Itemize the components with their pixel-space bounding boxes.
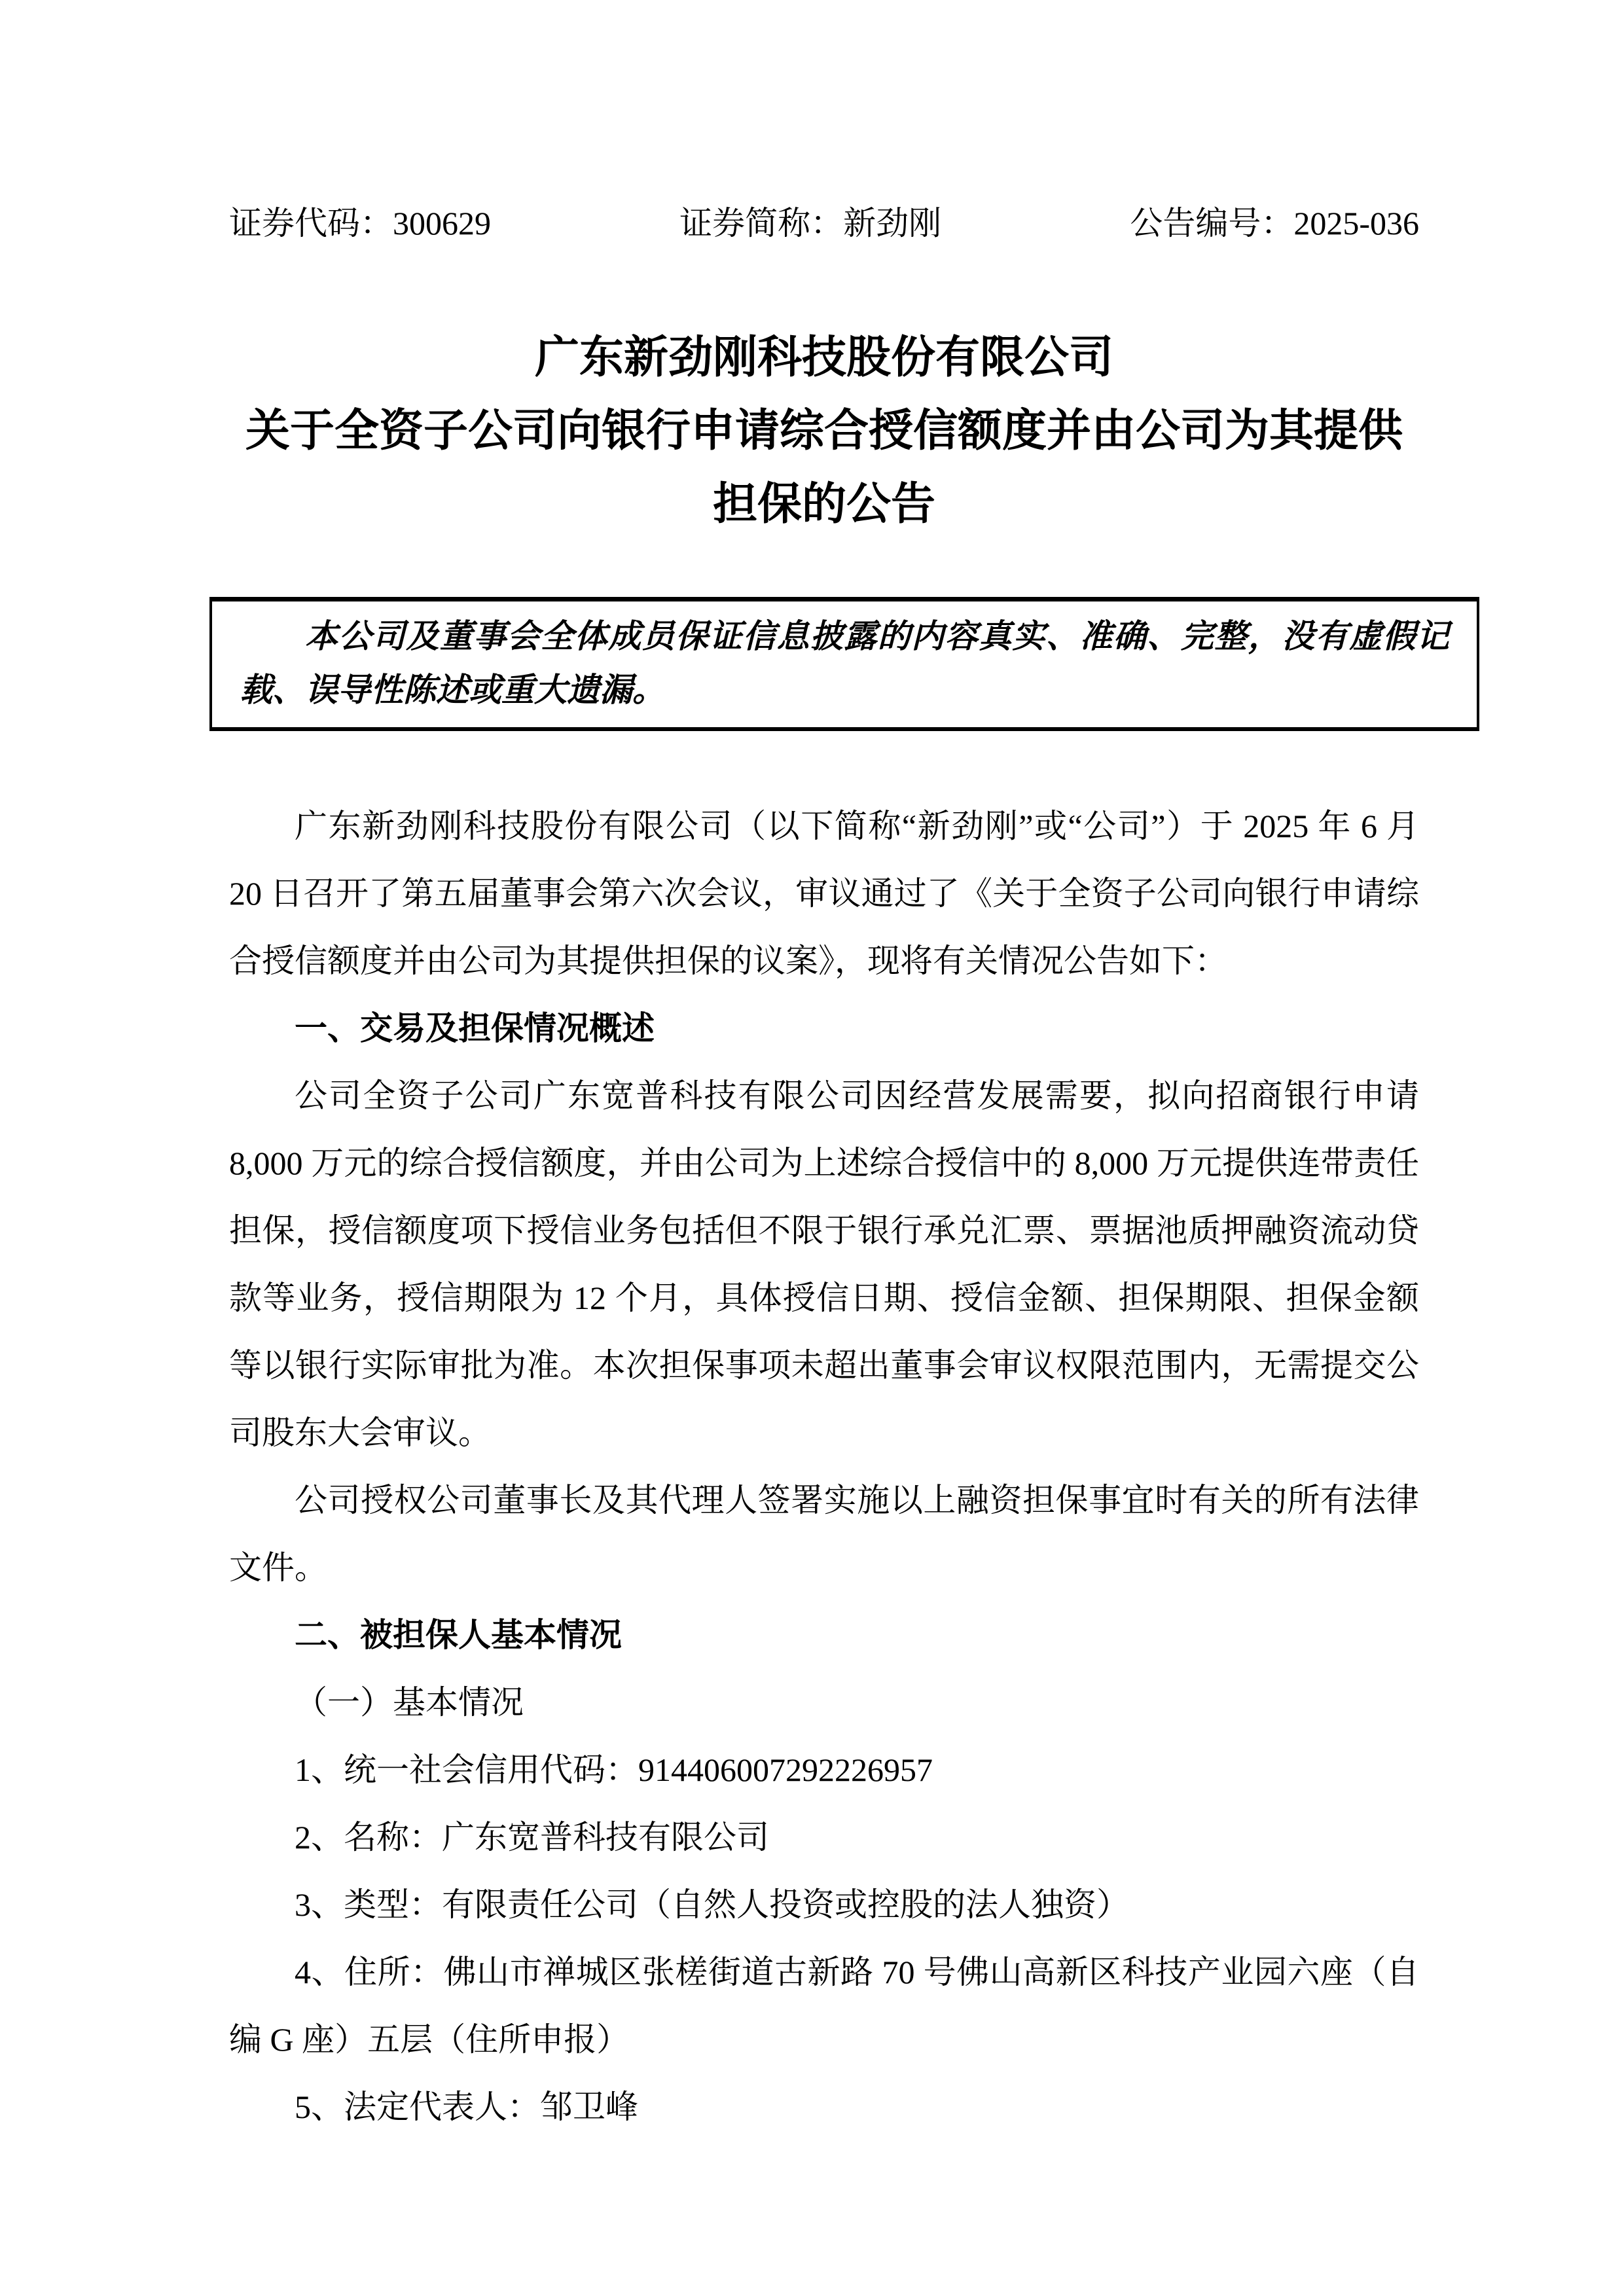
item-company-name: 2、名称：广东宽普科技有限公司 — [229, 1804, 1419, 1871]
item-company-type: 3、类型：有限责任公司（自然人投资或控股的法人独资） — [229, 1871, 1419, 1939]
section-2-heading: 二、被担保人基本情况 — [229, 1602, 1419, 1669]
intro-paragraph: 广东新劲刚科技股份有限公司（以下简称“新劲刚”或“公司”）于 2025 年 6 … — [229, 793, 1419, 995]
stock-code: 证券代码：300629 — [229, 203, 491, 243]
item-address: 4、住所：佛山市禅城区张槎街道古新路 70 号佛山高新区科技产业园六座（自编 G… — [229, 1939, 1419, 2073]
announcement-page: 证券代码：300629 证券简称：新劲刚 公告编号：2025-036 广东新劲刚… — [0, 0, 1624, 2296]
section-1-paragraph-1: 公司全资子公司广东宽普科技有限公司因经营发展需要，拟向招商银行申请 8,000 … — [229, 1062, 1419, 1467]
disclosure-statement-text: 本公司及董事会全体成员保证信息披露的内容真实、准确、完整，没有虚假记载、误导性陈… — [240, 609, 1449, 717]
item-legal-representative: 5、法定代表人：邹卫峰 — [229, 2073, 1419, 2141]
disclosure-statement-box: 本公司及董事会全体成员保证信息披露的内容真实、准确、完整，没有虚假记载、误导性陈… — [209, 597, 1479, 731]
item-credit-code: 1、统一社会信用代码：914406007292226957 — [229, 1736, 1419, 1804]
section-1-heading: 一、交易及担保情况概述 — [229, 995, 1419, 1062]
title-line-subject: 关于全资子公司向银行申请综合授信额度并由公司为其提供 — [229, 394, 1419, 467]
title-line-company: 广东新劲刚科技股份有限公司 — [229, 321, 1419, 394]
document-title: 广东新劲刚科技股份有限公司 关于全资子公司向银行申请综合授信额度并由公司为其提供… — [229, 321, 1419, 541]
header-row: 证券代码：300629 证券简称：新劲刚 公告编号：2025-036 — [229, 203, 1419, 243]
title-line-tail: 担保的公告 — [229, 467, 1419, 541]
announcement-number: 公告编号：2025-036 — [1130, 203, 1419, 243]
stock-abbr: 证券简称：新劲刚 — [679, 203, 941, 243]
section-1-paragraph-2: 公司授权公司董事长及其代理人签署实施以上融资担保事宜时有关的所有法律文件。 — [229, 1467, 1419, 1602]
section-2-subheading: （一）基本情况 — [229, 1669, 1419, 1736]
announcement-body: 广东新劲刚科技股份有限公司（以下简称“新劲刚”或“公司”）于 2025 年 6 … — [229, 793, 1419, 2141]
